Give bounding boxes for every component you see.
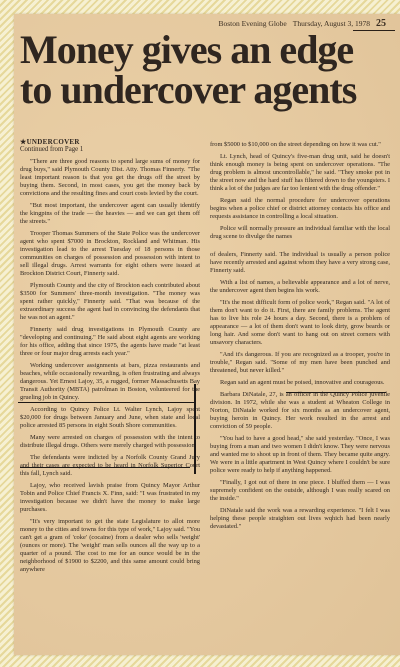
- ink-underline: [18, 402, 196, 403]
- article-column-left: ★UNDERCOVER Continued from Page 1 "There…: [20, 138, 200, 578]
- paragraph: Trooper Thomas Summers of the State Poli…: [20, 230, 200, 278]
- paragraph: "There are three good reasons to spend l…: [20, 158, 200, 198]
- article-column-right: from $5000 to $10,000 on the street depe…: [210, 141, 390, 535]
- newspaper-clipping: Boston Evening Globe Thursday, August 3,…: [14, 14, 400, 655]
- paragraph: "It's the most difficult form of police …: [210, 299, 390, 347]
- paragraph: of dealers, Finnerty said. The individua…: [210, 251, 390, 275]
- paragraph: "It's very important to get the state Le…: [20, 518, 200, 574]
- ink-bracket-vertical: [194, 384, 196, 474]
- paragraph: "But most important, the undercover agen…: [20, 202, 200, 226]
- section-kicker: ★UNDERCOVER: [20, 138, 200, 146]
- paragraph: from $5000 to $10,000 on the street depe…: [210, 141, 390, 149]
- ink-underline: [286, 392, 386, 393]
- paragraph: Many were arrested on charges of possess…: [20, 434, 200, 450]
- paragraph: Lt. Lynch, head of Quincy's five-man dru…: [210, 153, 390, 193]
- headline: Money gives an edge to undercover agents: [20, 30, 392, 110]
- paragraph: Police will normally pressure an individ…: [210, 225, 390, 241]
- headline-line-2: to undercover agents: [20, 70, 392, 110]
- paragraph: Plymouth County and the city of Brockton…: [20, 282, 200, 322]
- paragraph: DiNatale said the work was a rewarding e…: [210, 507, 390, 531]
- paragraph: With a list of names, a believable appea…: [210, 279, 390, 295]
- ink-underline: [20, 467, 190, 468]
- page-number: 25: [376, 18, 386, 29]
- paragraph: Lajoy, who received lavish praise from Q…: [20, 482, 200, 514]
- paragraph: Barbara DiNatale, 27, is an officer in t…: [210, 391, 390, 431]
- paragraph: "And it's dangerous. If you are recogniz…: [210, 351, 390, 375]
- paragraph: Regan said the normal procedure for unde…: [210, 197, 390, 221]
- paragraph: The defendants were indicted by a Norfol…: [20, 454, 200, 478]
- continued-line: Continued from Page 1: [20, 146, 200, 154]
- headline-line-1: Money gives an edge: [20, 30, 392, 70]
- paragraph: Finnerty said drug investigations in Ply…: [20, 326, 200, 358]
- paragraph: Regan said an agent must be poised, inno…: [210, 379, 390, 387]
- paragraph: Working undercover assignments at bars, …: [20, 362, 200, 402]
- paragraph: "Finally, I got out of there in one piec…: [210, 479, 390, 503]
- paragraph: According to Quincy Police Lt. Walter Ly…: [20, 406, 200, 430]
- paragraph: "You had to have a good head," she said …: [210, 435, 390, 475]
